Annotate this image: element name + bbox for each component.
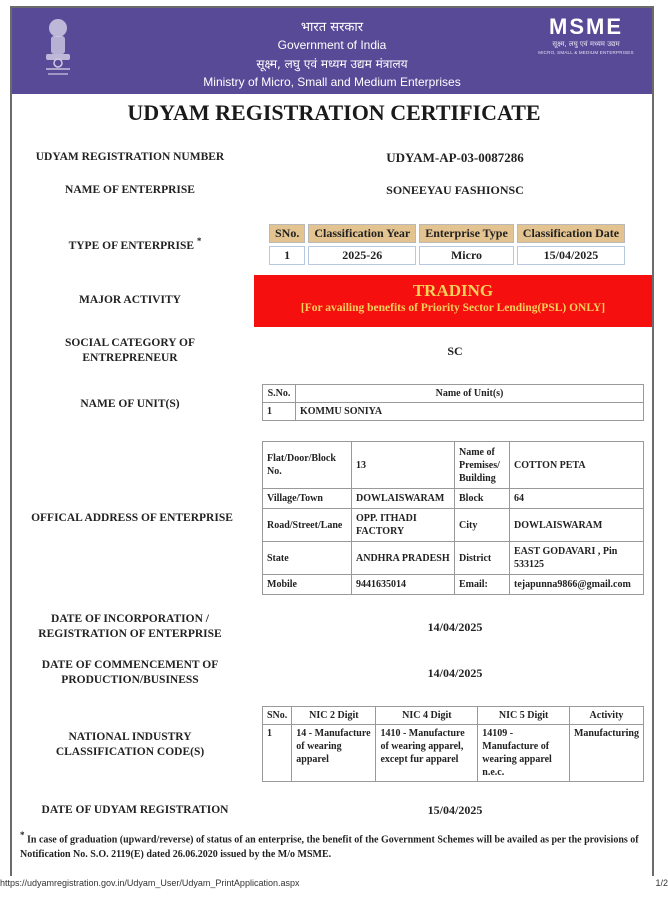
- print-footer-page-number: 1/2: [655, 878, 668, 888]
- udyam-date-value: 15/04/2025: [340, 803, 570, 818]
- major-activity-label: MAJOR ACTIVITY: [20, 293, 240, 308]
- enterprise-name-label: NAME OF ENTERPRISE: [20, 183, 240, 198]
- msme-logo-text: MSME: [536, 16, 636, 38]
- classification-header: SNo.: [269, 224, 305, 243]
- classification-header: Enterprise Type: [419, 224, 514, 243]
- print-footer-url: https://udyamregistration.gov.in/Udyam_U…: [0, 878, 299, 888]
- msme-logo-sub: MICRO, SMALL & MEDIUM ENTERPRISES: [536, 50, 636, 55]
- units-header: S.No.: [263, 385, 296, 403]
- classification-cell: 15/04/2025: [517, 246, 625, 265]
- premises-label: Name of Premises/ Building: [455, 442, 510, 489]
- units-table: S.No.Name of Unit(s) 1KOMMU SONIYA: [262, 384, 644, 421]
- msme-logo-hindi: सूक्ष्म, लघु एवं मध्यम उद्यम: [536, 40, 636, 49]
- activity-main: TRADING: [254, 281, 652, 301]
- commencement-label-line2: PRODUCTION/BUSINESS: [20, 673, 240, 688]
- flat-value: 13: [352, 442, 455, 489]
- mobile-value: 9441635014: [352, 575, 455, 595]
- nic-row: 114 - Manufacture of wearing apparel1410…: [263, 725, 644, 782]
- reg-number-label: UDYAM REGISTRATION NUMBER: [20, 150, 240, 165]
- nic-header: NIC 2 Digit: [292, 707, 376, 725]
- udyam-date-label: DATE OF UDYAM REGISTRATION: [20, 803, 250, 818]
- classification-cell: Micro: [419, 246, 514, 265]
- address-label: OFFICAL ADDRESS OF ENTERPRISE: [12, 511, 252, 526]
- nic-cell: 14 - Manufacture of wearing apparel: [292, 725, 376, 782]
- certificate-title: UDYAM REGISTRATION CERTIFICATE: [0, 100, 668, 126]
- commencement-date-label: DATE OF COMMENCEMENT OF PRODUCTION/BUSIN…: [20, 658, 240, 688]
- nic-cell: Manufacturing: [569, 725, 643, 782]
- msme-logo: MSME सूक्ष्म, लघु एवं मध्यम उद्यम MICRO,…: [536, 16, 636, 66]
- major-activity-banner: TRADING [For availing benefits of Priori…: [254, 275, 652, 327]
- premises-value: COTTON PETA: [510, 442, 644, 489]
- address-table: Flat/Door/Block No. 13 Name of Premises/…: [262, 441, 644, 595]
- social-category-value: SC: [340, 344, 570, 359]
- ministry-banner: भारत सरकार Government of India सूक्ष्म, …: [12, 8, 652, 94]
- classification-table: SNo.Classification YearEnterprise TypeCl…: [266, 221, 628, 268]
- nic-label-line2: CLASSIFICATION CODE(S): [20, 745, 240, 760]
- nic-label: NATIONAL INDUSTRY CLASSIFICATION CODE(S): [20, 730, 240, 760]
- incorporation-label-line2: REGISTRATION OF ENTERPRISE: [20, 627, 240, 642]
- units-row: 1KOMMU SONIYA: [263, 403, 644, 421]
- units-cell: KOMMU SONIYA: [296, 403, 644, 421]
- social-category-label: SOCIAL CATEGORY OF ENTREPRENEUR: [20, 336, 240, 366]
- city-value: DOWLAISWARAM: [510, 509, 644, 542]
- enterprise-type-label: TYPE OF ENTERPRISE *: [20, 234, 250, 254]
- classification-cell: 1: [269, 246, 305, 265]
- nic-cell: 1: [263, 725, 292, 782]
- nic-header: NIC 4 Digit: [376, 707, 478, 725]
- enterprise-name-value: SONEEYAU FASHIONSC: [340, 183, 570, 198]
- email-label: Email:: [455, 575, 510, 595]
- units-cell: 1: [263, 403, 296, 421]
- road-label: Road/Street/Lane: [263, 509, 352, 542]
- mobile-label: Mobile: [263, 575, 352, 595]
- village-label: Village/Town: [263, 489, 352, 509]
- units-header: Name of Unit(s): [296, 385, 644, 403]
- email-value[interactable]: tejapunna9866@gmail.com: [510, 575, 644, 595]
- incorporation-date-label: DATE OF INCORPORATION / REGISTRATION OF …: [20, 612, 240, 642]
- state-label: State: [263, 542, 352, 575]
- nic-cell: 1410 - Manufacture of wearing apparel, e…: [376, 725, 478, 782]
- ministry-text: Ministry of Micro, Small and Medium Ente…: [12, 75, 652, 89]
- units-label: NAME OF UNIT(S): [20, 397, 240, 412]
- classification-cell: 2025-26: [308, 246, 416, 265]
- social-category-label-line1: SOCIAL CATEGORY OF: [20, 336, 240, 351]
- footnote: * In case of graduation (upward/reverse)…: [20, 828, 650, 862]
- district-label: District: [455, 542, 510, 575]
- classification-row: 12025-26Micro15/04/2025: [269, 246, 625, 265]
- nic-table: SNo.NIC 2 DigitNIC 4 DigitNIC 5 DigitAct…: [262, 706, 644, 782]
- incorporation-label-line1: DATE OF INCORPORATION /: [20, 612, 240, 627]
- city-label: City: [455, 509, 510, 542]
- commencement-label-line1: DATE OF COMMENCEMENT OF: [20, 658, 240, 673]
- footnote-mark: *: [197, 236, 202, 246]
- classification-header: Classification Date: [517, 224, 625, 243]
- activity-note: [For availing benefits of Priority Secto…: [254, 302, 652, 314]
- nic-header: SNo.: [263, 707, 292, 725]
- nic-label-line1: NATIONAL INDUSTRY: [20, 730, 240, 745]
- block-label: Block: [455, 489, 510, 509]
- enterprise-type-label-text: TYPE OF ENTERPRISE: [69, 240, 194, 252]
- nic-cell: 14109 - Manufacture of wearing apparel n…: [478, 725, 570, 782]
- commencement-date-value: 14/04/2025: [340, 666, 570, 681]
- classification-header: Classification Year: [308, 224, 416, 243]
- block-value: 64: [510, 489, 644, 509]
- social-category-label-line2: ENTREPRENEUR: [20, 351, 240, 366]
- footnote-mark: *: [20, 830, 25, 840]
- village-value: DOWLAISWARAM: [352, 489, 455, 509]
- reg-number-value: UDYAM-AP-03-0087286: [340, 150, 570, 166]
- state-value: ANDHRA PRADESH: [352, 542, 455, 575]
- road-value: OPP. ITHADI FACTORY: [352, 509, 455, 542]
- nic-header: Activity: [569, 707, 643, 725]
- incorporation-date-value: 14/04/2025: [340, 620, 570, 635]
- district-value: EAST GODAVARI , Pin 533125: [510, 542, 644, 575]
- footnote-text: In case of graduation (upward/reverse) o…: [20, 834, 639, 860]
- flat-label: Flat/Door/Block No.: [263, 442, 352, 489]
- nic-header: NIC 5 Digit: [478, 707, 570, 725]
